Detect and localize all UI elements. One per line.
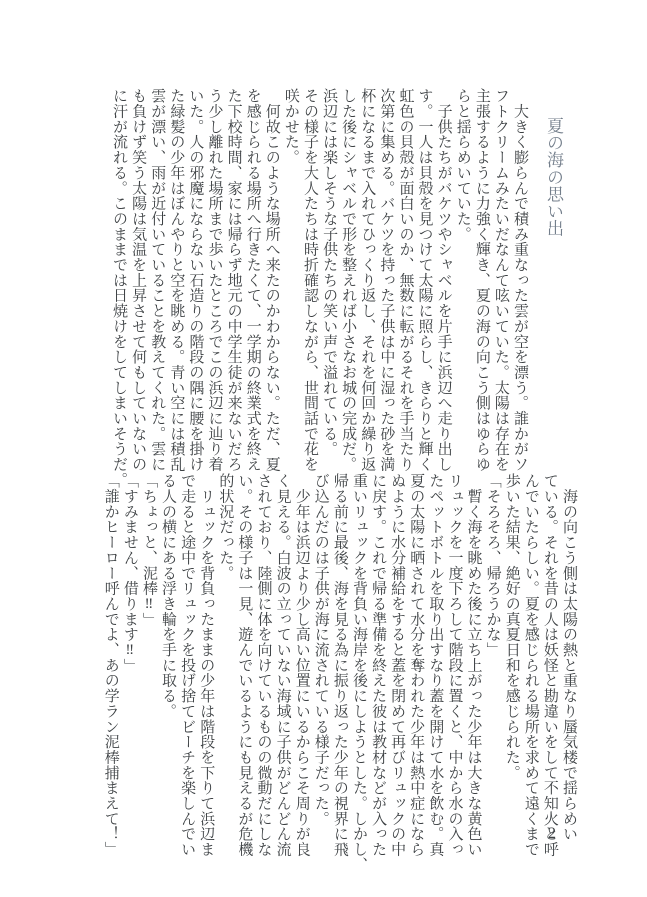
text-line: ている。それを昔の人は妖怪と勘違いをして不知火と呼 [540,473,559,859]
text-line: ぬように水分補給をすると蓋を閉めて再びリュックの中 [387,473,406,859]
text-line: フトクリームみたいだなんて呟いていた。太陽は存在を [491,88,510,474]
text-line: たペットボトルを取り出すなり蓋を開けて水を飲む。真 [425,473,444,859]
text-line: 主張するように力強く輝き、夏の海の向こう側はゆらゆ [472,88,491,474]
text-line: 「すみません、借ります‼」 [120,473,139,859]
text-line: に汗が流れる。このままでは日焼けをしてしまいそうだ。 [109,88,128,474]
text-line: 重いリュックを背負い海岸を後にしようとした。しかし、 [349,473,368,859]
text-line: 大きく膨らんで積み重なった雲が空を漂う。誰かがソ [510,88,529,474]
text-line: 子供たちがバケツやシャベルを片手に浜辺へ走り出し [434,88,453,474]
page-number: 2 [548,825,556,843]
page-title: 夏の海の思い出 [543,117,563,237]
text-line: 雲が漂い、雨が近付いていることを教えてくれた。雲に [147,88,166,474]
text-block-2: 海の向こう側は太陽の熱と重なり蜃気楼で揺らめいている。それを昔の人は妖怪と勘違い… [101,473,578,859]
text-line: 歩いた結果、絶好の真夏日和を感じられた。 [502,473,521,859]
text-line: に戻す。これで帰る準備を終えた彼は教材などが入った [368,473,387,859]
text-line: す。一人は貝殻を見つけて太陽に照らし、きらりと輝く [414,88,433,474]
text-line: 「ちょっと、泥棒‼」 [139,473,158,859]
text-line: う少し離れた場所まで歩いたところでこの浜辺に辿り着 [204,88,223,474]
text-line: 浜辺には楽しそうな子供たちの笑い声で溢れている。 [319,88,338,474]
text-line: いた。人の邪魔にならない石造りの階段の隅に腰を掛け [185,88,204,474]
text-line: 虹色の貝殻が面白いのか、無数に転がるそれを手当たり [395,88,414,474]
text-line: リュックを一度下ろして階段に置くと、中から水の入っ [444,473,463,859]
text-line: 夏の太陽に晒されて水分を奪われた少年は熱中症になら [406,473,425,859]
text-line: た下校時間、家には帰らず地元の中学生徒が来ないだろ [224,88,243,474]
text-line: も負けず笑う太陽は気温を上昇させて何もしていないの [128,88,147,474]
text-line: 的状況だった。 [215,473,234,859]
text-line: らと揺らめいていた。 [453,88,472,474]
text-line: 海の向こう側は太陽の熱と重なり蜃気楼で揺らめい [559,473,578,859]
text-line: 帰る前に最後、海を見る為に振り返った少年の視界に飛 [330,473,349,859]
text-line: を感じられる場所へ行きたくて、一学期の終業式を終え [243,88,262,474]
text-line: る人の横にある浮き輪を手に取る。 [158,473,177,859]
text-line: リュックを背負ったままの少年は階段を下りて浜辺ま [196,473,215,859]
text-line: く見える。白波の立っていない海域に子供がどんどん流 [273,473,292,859]
text-line: で走ると途中でリュックを投げ捨てビーチを楽しんでい [177,473,196,859]
text-line: び込んだのは子供が海に流されている様子だった。 [311,473,330,859]
text-line: されており、陸側に体を向けているものの微動だにしな [253,473,272,859]
text-line: した後にシャベルで形を整えれば小さなお城の完成だ。 [338,88,357,474]
text-block-1: 大きく膨らんで積み重なった雲が空を漂う。誰かがソフトクリームみたいだなんて呟いて… [109,88,529,474]
text-line: 「そろそろ、帰ろうかな」 [483,473,502,859]
novel-page: 夏の海の思い出 大きく膨らんで積み重なった雲が空を漂う。誰かがソフトクリームみた… [0,0,647,897]
text-line: 次第に集める。バケツを持った子供は中に湿った砂を満 [376,88,395,474]
text-line: 咲かせた。 [281,88,300,474]
text-line: 何故このような場所へ来たのかわからない。ただ、夏 [262,88,281,474]
text-line: んでいたらしい。夏を感じられる場所を求めて遠くまで [521,473,540,859]
text-line: い。その様子は一見、遊んでいるようにも見えるが危機 [234,473,253,859]
text-line: 「誰かヒーロー呼んでよ、あの学ラン泥棒捕まえて！」 [101,473,120,859]
text-line: 暫く海を眺めた後に立ち上がった少年は大きな黄色い [463,473,482,859]
text-line: 杯になるまで入れてひっくり返し、それを何回か繰り返 [357,88,376,474]
text-line: た緑髪の少年はぼんやりと空を眺める。青い空には積乱 [166,88,185,474]
text-line: その様子を大人たちは時折確認しながら、世間話で花を [300,88,319,474]
text-line: 少年は浜辺より少し高い位置にいるからこそ周りが良 [292,473,311,859]
